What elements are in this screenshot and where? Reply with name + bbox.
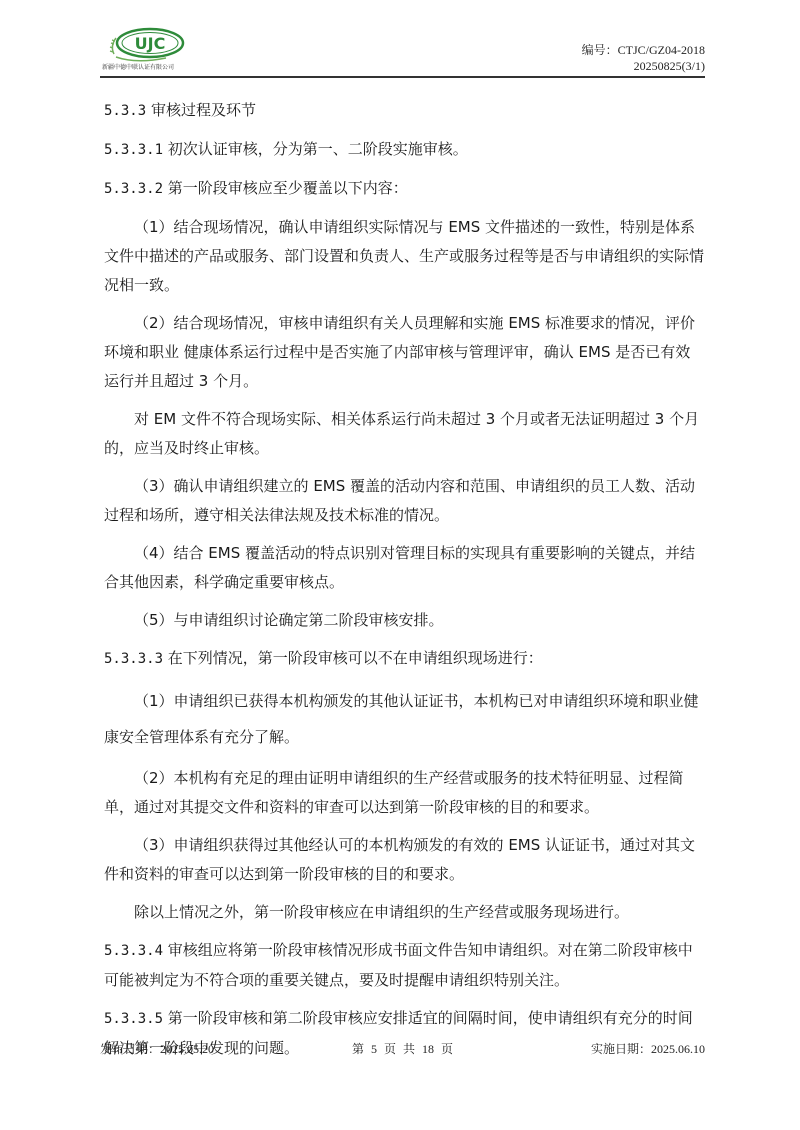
ujc-logo-icon: UJC — [106, 24, 192, 64]
list-item: （3）申请组织获得过其他经认可的本机构颁发的有效的 EMS 认证证书，通过对其文… — [104, 831, 704, 889]
company-logo: UJC — [106, 24, 192, 80]
list-item: （2）本机构有充足的理由证明申请组织的生产经营或服务的技术特征明显、过程简单，通… — [104, 764, 704, 822]
page-footer: 发布日期：2025.05.20 第 5 页 共 18 页 实施日期：2025.0… — [100, 1040, 705, 1060]
section-text: 第一阶段审核应至少覆盖以下内容： — [168, 179, 408, 197]
section-number: 5.3.3.2 — [104, 181, 163, 197]
section-5-3-3-3: 5.3.3.3 在下列情况，第一阶段审核可以不在申请组织现场进行： — [104, 644, 704, 674]
section-5-3-3-1: 5.3.3.1 初次认证审核，分为第一、二阶段实施审核。 — [104, 135, 704, 165]
section-text: 在下列情况，第一阶段审核可以不在申请组织现场进行： — [168, 649, 543, 667]
revision-code: 20250825(3/1) — [582, 58, 705, 74]
document-number: 编号：CTJC/GZ04-2018 — [582, 42, 705, 58]
page-header: UJC 新疆中德中联认证有限公司 编号：CTJC/GZ04-2018 20250… — [100, 20, 705, 78]
paragraph-note: 对 EM 文件不符合现场实际、相关体系运行尚未超过 3 个月或者无法证明超过 3… — [104, 405, 704, 463]
effective-date: 实施日期：2025.06.10 — [591, 1040, 705, 1057]
document-meta: 编号：CTJC/GZ04-2018 20250825(3/1) — [582, 42, 705, 74]
section-5-3-3: 5.3.3 审核过程及环节 — [104, 96, 704, 126]
list-item: （2）结合现场情况，审核申请组织有关人员理解和实施 EMS 标准要求的情况，评价… — [104, 309, 704, 396]
header-divider — [100, 76, 705, 78]
paragraph-note: 除以上情况之外，第一阶段审核应在申请组织的生产经营或服务现场进行。 — [104, 898, 704, 927]
svg-text:UJC: UJC — [135, 34, 166, 53]
company-name: 新疆中德中联认证有限公司 — [102, 62, 174, 71]
list-item: （1）申请组织已获得本机构颁发的其他认证证书，本机构已对申请组织环境和职业健康安… — [104, 683, 704, 755]
section-title: 审核过程及环节 — [151, 101, 256, 119]
document-body: 5.3.3 审核过程及环节 5.3.3.1 初次认证审核，分为第一、二阶段实施审… — [104, 96, 704, 1063]
section-5-3-3-2: 5.3.3.2 第一阶段审核应至少覆盖以下内容： — [104, 174, 704, 204]
list-item: （1）结合现场情况，确认申请组织实际情况与 EMS 文件描述的一致性，特别是体系… — [104, 213, 704, 300]
doc-number-value: CTJC/GZ04-2018 — [618, 43, 705, 57]
section-text: 初次认证审核，分为第一、二阶段实施审核。 — [168, 140, 468, 158]
section-text: 审核组应将第一阶段审核情况形成书面文件告知申请组织。对在第二阶段审核中可能被判定… — [104, 941, 693, 989]
doc-number-label: 编号： — [582, 43, 618, 57]
section-number: 5.3.3.3 — [104, 651, 163, 667]
section-5-3-3-4: 5.3.3.4 审核组应将第一阶段审核情况形成书面文件告知申请组织。对在第二阶段… — [104, 936, 704, 995]
list-item: （4）结合 EMS 覆盖活动的特点识别对管理目标的实现具有重要影响的关键点，并结… — [104, 539, 704, 597]
list-item: （3）确认申请组织建立的 EMS 覆盖的活动内容和范围、申请组织的员工人数、活动… — [104, 472, 704, 530]
section-number: 5.3.3.1 — [104, 142, 163, 158]
section-number: 5.3.3.4 — [104, 943, 163, 959]
list-item: （5）与申请组织讨论确定第二阶段审核安排。 — [104, 606, 704, 635]
section-number: 5.3.3 — [104, 103, 146, 119]
section-number: 5.3.3.5 — [104, 1011, 163, 1027]
